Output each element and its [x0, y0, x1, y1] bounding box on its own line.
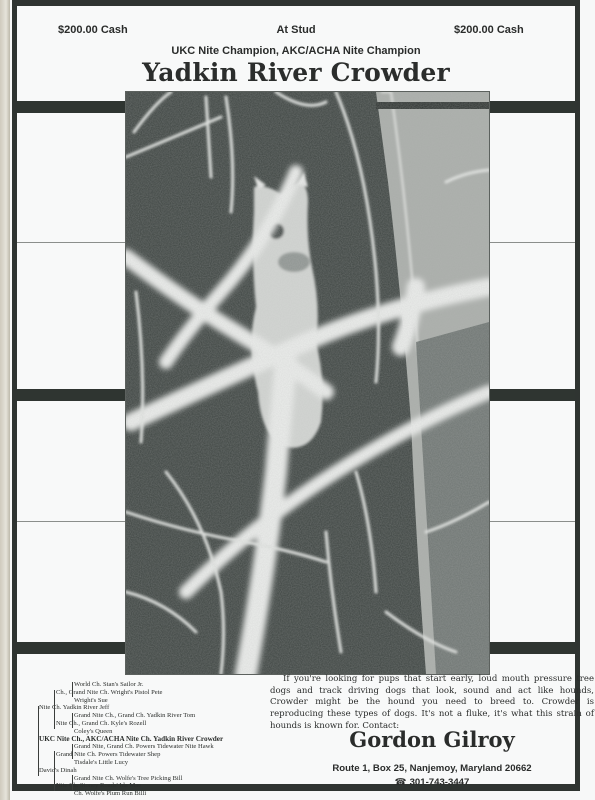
dog-name-title: Yadkin River Crowder — [17, 58, 575, 87]
pedigree-entry: Nite Ch. Yadkin River Jeff — [39, 704, 264, 712]
pedigree-bracket — [38, 706, 39, 776]
pedigree-subject: UKC Nite Ch., AKC/ACHA Nite Ch. Yadkin R… — [39, 736, 264, 744]
pedigree-chart: World Ch. Stan's Sailor Jr. Ch., Grand N… — [39, 681, 264, 798]
telephone-icon: ☎ — [395, 777, 407, 788]
photo-illustration — [126, 92, 489, 674]
pedigree-entry: Tisdale's Little Lucy — [39, 759, 264, 767]
pedigree-bracket — [72, 713, 73, 728]
raccoon-photo — [125, 91, 490, 675]
pedigree-entry: Ch. Wolfe's Plum Run Billi — [39, 790, 264, 798]
phone-number: 301-743-3447 — [410, 777, 470, 788]
ad-frame: $200.00 Cash At Stud $200.00 Cash UKC Ni… — [12, 0, 580, 791]
championship-subtitle: UKC Nite Champion, AKC/ACHA Nite Champio… — [17, 45, 575, 57]
pedigree-bracket — [72, 744, 73, 759]
advertisement-page: $200.00 Cash At Stud $200.00 Cash UKC Ni… — [10, 0, 595, 800]
pedigree-bracket — [72, 682, 73, 697]
pedigree-bracket — [54, 690, 55, 729]
scanned-page-edge — [0, 0, 10, 800]
pedigree-entry: David's Dinah — [39, 767, 264, 775]
contact-name: Gordon Gilroy — [257, 727, 595, 752]
contact-phone: ☎301-743-3447 — [257, 777, 595, 788]
contact-address: Route 1, Box 25, Nanjemoy, Maryland 2066… — [257, 763, 595, 774]
pedigree-entry: Wright's Sue — [39, 697, 264, 705]
pedigree-bracket — [72, 775, 73, 790]
ad-description: If you're looking for pups that start ea… — [270, 674, 594, 733]
stud-fee-right: $200.00 Cash — [454, 24, 524, 36]
pedigree-bracket — [54, 751, 55, 791]
